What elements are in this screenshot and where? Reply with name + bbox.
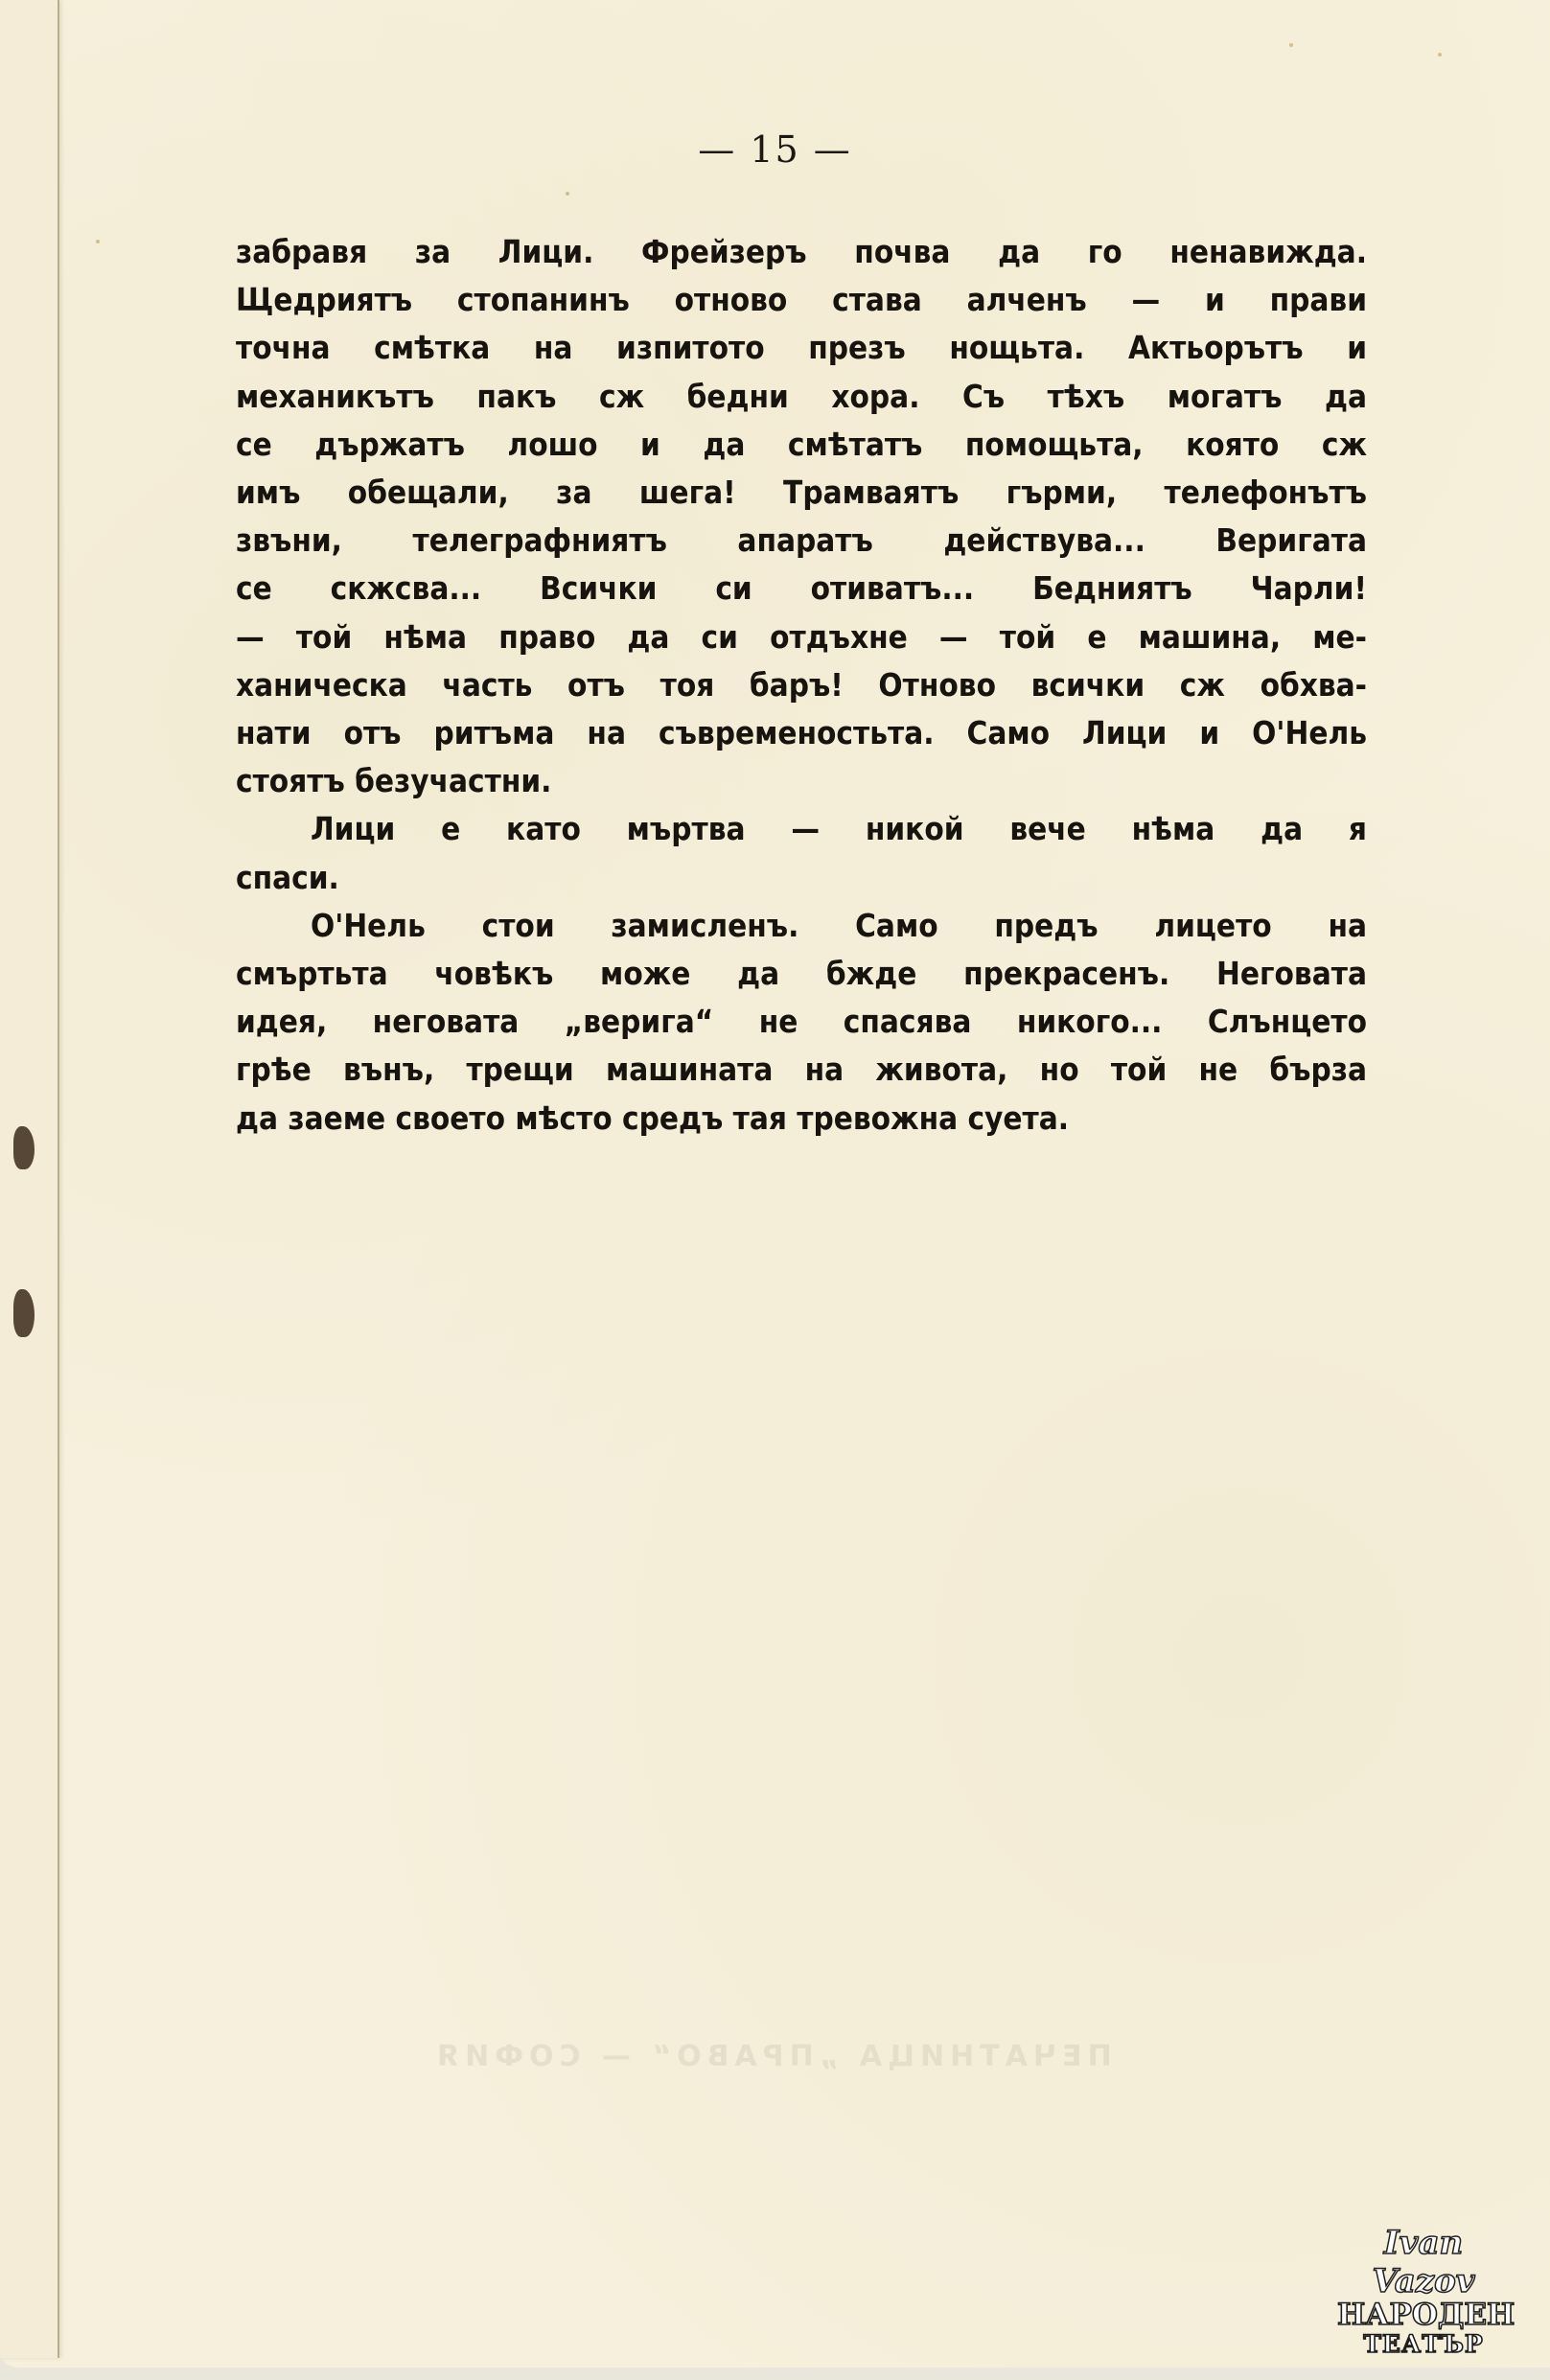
text-line: Лици е като мъртва — никой вече нѣма да … [236, 805, 1367, 853]
text-line: О'Нель стои замисленъ. Само предъ лицето… [236, 902, 1367, 950]
paper-speck [1289, 43, 1293, 47]
body-text: забравя за Лици. Фрейзеръ почва да го не… [236, 228, 1367, 1143]
text-line: забравя за Лици. Фрейзеръ почва да го не… [236, 228, 1367, 276]
text-line: имъ обещали, за шега! Трамваятъ гърми, т… [236, 469, 1367, 517]
text-line: се държатъ лошо и да смѣтатъ помощьта, к… [236, 421, 1367, 469]
paragraph-3: О'Нель стои замисленъ. Само предъ лицето… [236, 902, 1367, 1143]
logo-line-1: НАРОДЕН [1337, 2300, 1510, 2330]
text-line: — той нѣма право да си отдъхне — той е м… [236, 613, 1367, 661]
scanned-page: — 15 — забравя за Лици. Фрейзеръ почва д… [0, 0, 1550, 2368]
paragraph-2: Лици е като мъртва — никой вече нѣма да … [236, 805, 1367, 901]
logo-signature: Ivan Vazov [1337, 2224, 1510, 2300]
paper-speck [1438, 53, 1442, 57]
spine-tear-mark [13, 1289, 35, 1337]
page-number: — 15 — [0, 128, 1550, 171]
text-line: смъртьта човѣкъ може да бжде прекрасенъ.… [236, 950, 1367, 998]
logo-line-2: ТЕАТЪР [1337, 2332, 1510, 2356]
text-line: ханическа часть отъ тоя баръ! Отново вси… [236, 661, 1367, 709]
text-line: се скжсва... Всички си отиватъ... Бедния… [236, 565, 1367, 612]
text-line: грѣе вънъ, трещи машината на живота, но … [236, 1046, 1367, 1094]
paper-speck [96, 240, 100, 243]
text-line: звъни, телеграфниятъ апаратъ действува..… [236, 517, 1367, 565]
previous-page-edge [0, 0, 59, 2358]
text-line: идея, неговата „верига“ не спасява никог… [236, 998, 1367, 1046]
text-line: механикътъ пакъ сж бедни хора. Съ тѣхъ м… [236, 373, 1367, 421]
paragraph-1: забравя за Лици. Фрейзеръ почва да го не… [236, 228, 1367, 805]
text-line: спаси. [236, 854, 1367, 902]
text-line: точна смѣтка на изпитото презъ нощьта. А… [236, 324, 1367, 372]
text-line: стоятъ безучастни. [236, 757, 1367, 805]
bleed-through-imprint: ПЕЧАТНИЦА „ПРАВО“ — СОФИЯ [431, 2040, 1112, 2073]
paper-speck [566, 192, 569, 196]
text-line: Щедриятъ стопанинъ отново става алченъ —… [236, 276, 1367, 324]
national-theatre-logo: Ivan Vazov НАРОДЕН ТЕАТЪР [1337, 2224, 1510, 2356]
text-line: да заеме своето мѣсто средъ тая тревожна… [236, 1095, 1367, 1143]
text-line: нати отъ ритъма на съвременостьта. Само … [236, 709, 1367, 757]
spine-tear-mark [13, 1126, 35, 1169]
